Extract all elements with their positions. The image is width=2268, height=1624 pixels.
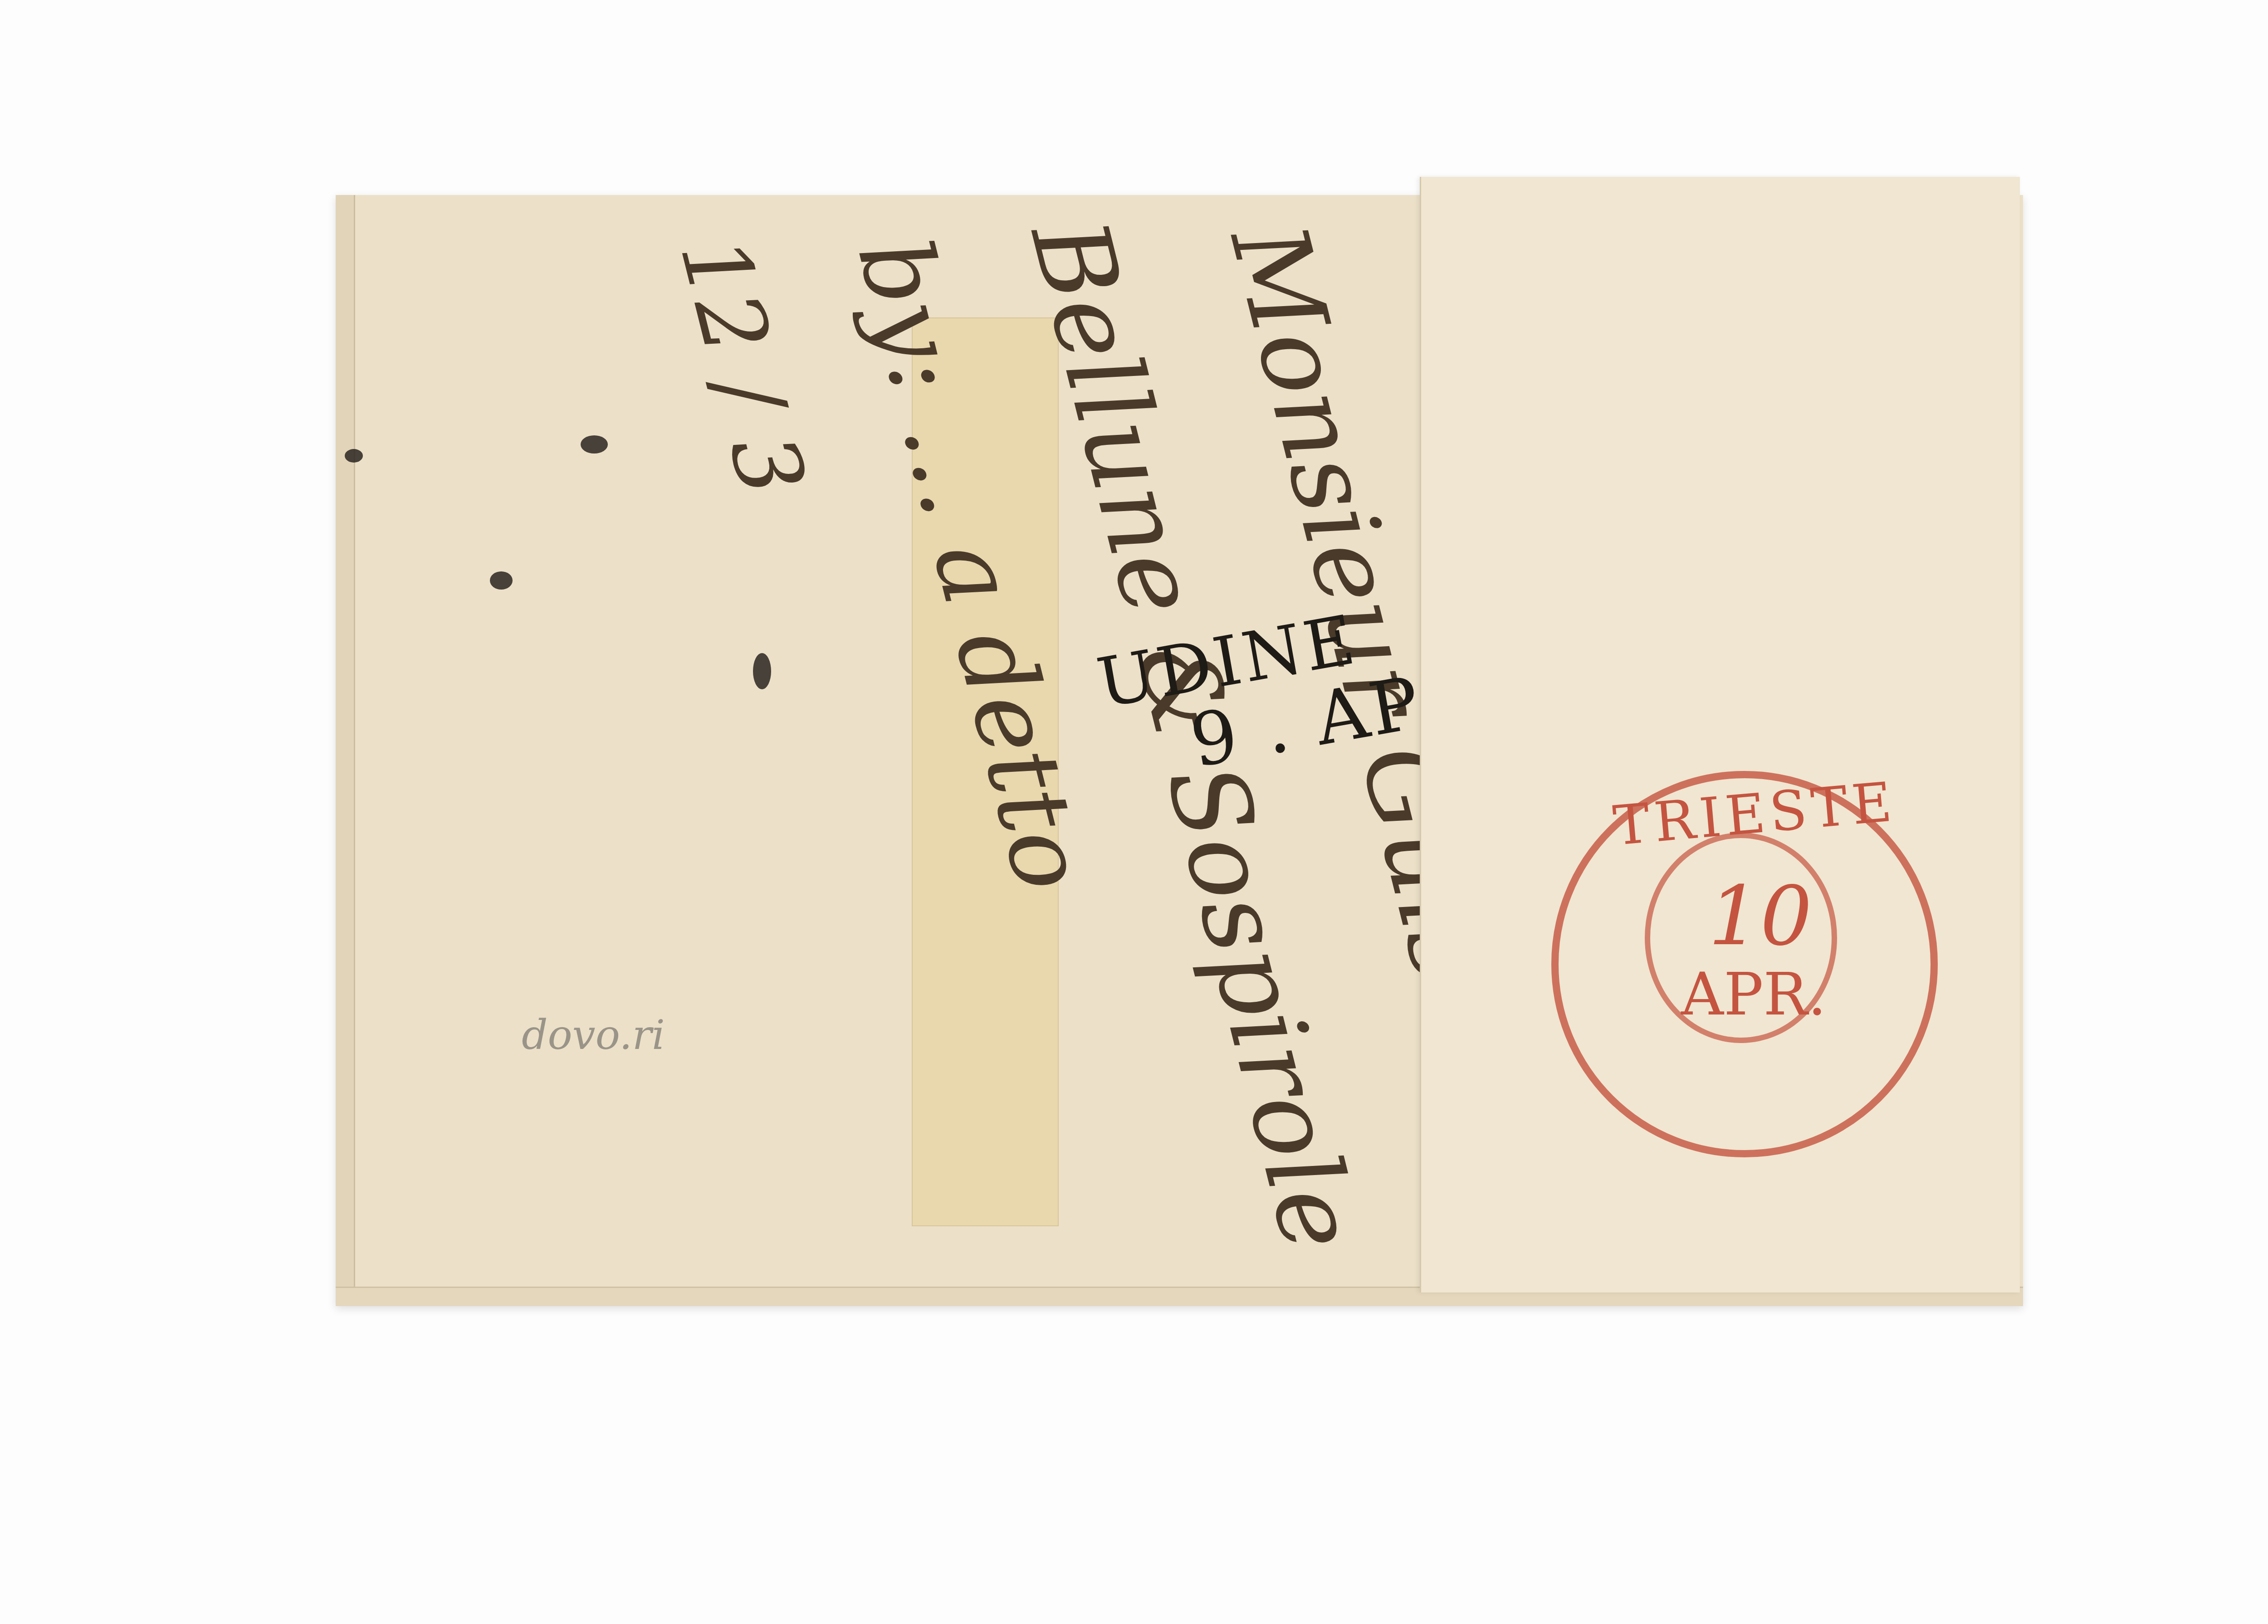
ink-smudge: [753, 653, 771, 689]
trieste-day: 10: [1708, 869, 1812, 964]
udine-day: 9: [1184, 692, 1247, 784]
ink-smudge: [490, 571, 513, 590]
letter-spine: [336, 195, 355, 1306]
ink-smudge: [345, 449, 363, 463]
trieste-postmark: TRIESTE 10 APR.: [1551, 771, 1938, 1157]
ink-smudge: [581, 435, 608, 454]
pencil-note: dovo.ri: [522, 1011, 665, 1059]
trieste-month: APR.: [1681, 960, 1827, 1029]
